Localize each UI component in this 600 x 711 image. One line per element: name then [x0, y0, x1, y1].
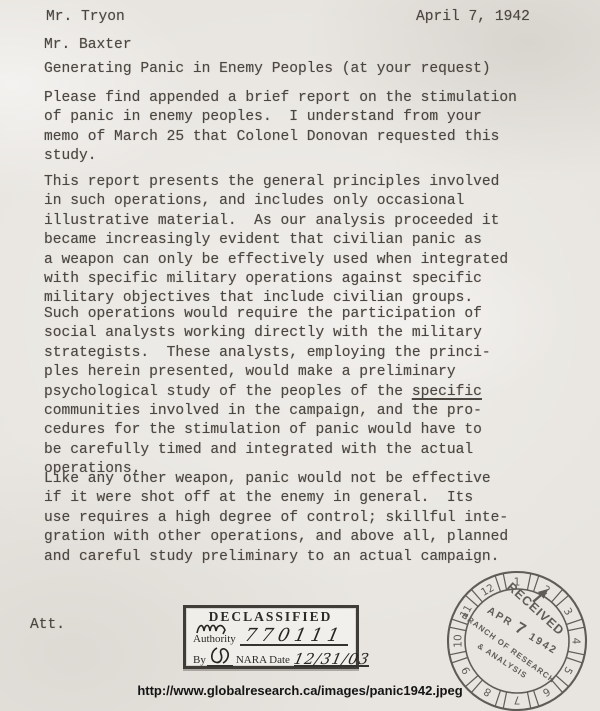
- by-initials-line: [207, 644, 233, 667]
- svg-text:12: 12: [479, 582, 497, 599]
- nara-date-label: NARA Date: [236, 654, 290, 667]
- received-month: APR: [485, 605, 515, 630]
- authority-value: 770111: [243, 627, 346, 645]
- paragraph-3-text-cont: communities involved in the campaign, an…: [44, 403, 482, 477]
- nara-date-value: 12/31/03: [292, 652, 371, 667]
- source-url: http://www.globalresearch.ca/images/pani…: [0, 683, 600, 698]
- memo-sender: Mr. Baxter: [44, 36, 132, 55]
- underlined-word: specific: [412, 384, 482, 400]
- authority-line: 770111: [240, 623, 348, 646]
- memo-subject: Generating Panic in Enemy Peoples (at yo…: [44, 60, 491, 79]
- scanned-memo-page: Mr. Tryon April 7, 1942 Mr. Baxter Gener…: [0, 0, 600, 711]
- memo-paragraph-4: Like any other weapon, panic would not b…: [44, 470, 508, 567]
- svg-text:10: 10: [453, 634, 465, 647]
- nara-date-line: 12/31/03: [294, 644, 369, 667]
- memo-paragraph-1: Please find appended a brief report on t…: [44, 89, 517, 167]
- received-day: 7: [512, 620, 530, 640]
- memo-recipient: Mr. Tryon: [46, 8, 125, 27]
- svg-text:4: 4: [570, 638, 582, 645]
- signature-scribble-icon: [195, 621, 229, 636]
- by-label: By: [193, 654, 206, 667]
- memo-paragraph-2: This report presents the general princip…: [44, 173, 508, 309]
- declassified-stamp: DECLASSIFIED Authority 770111 By NARA Da…: [183, 605, 359, 669]
- by-initials-scribble-icon: [209, 646, 231, 665]
- memo-paragraph-3: Such operations would require the partic…: [44, 305, 491, 480]
- attachment-note: Att.: [30, 616, 65, 635]
- memo-date: April 7, 1942: [416, 8, 530, 27]
